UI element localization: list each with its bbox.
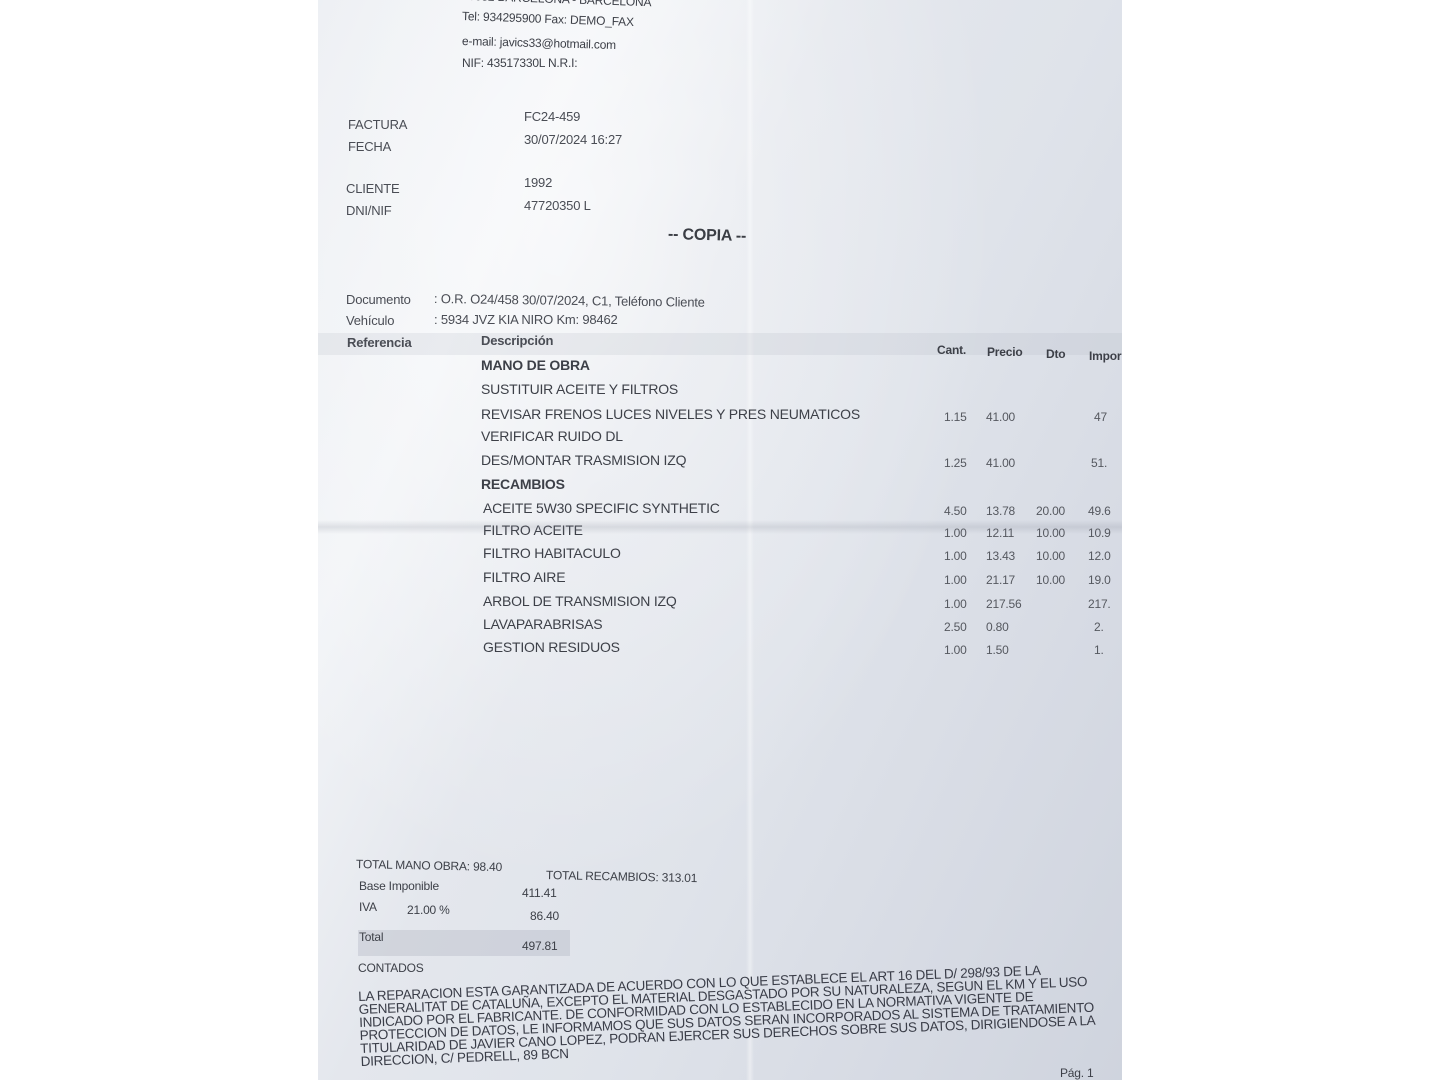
total-mano-obra: TOTAL MANO OBRA: 98.40 xyxy=(356,857,502,874)
issuer-phone-fax: Tel: 934295900 Fax: DEMO_FAX xyxy=(462,9,634,29)
item-dto: 20.00 xyxy=(1036,504,1065,518)
item-cant: 1.00 xyxy=(944,643,967,657)
item-description: FILTRO ACEITE xyxy=(483,522,583,538)
item-dto: 10.00 xyxy=(1036,573,1065,587)
section-title: MANO DE OBRA xyxy=(481,357,590,373)
item-cant: 1.00 xyxy=(944,526,967,540)
col-header-referencia: Referencia xyxy=(347,335,411,350)
item-importe: 2. xyxy=(1094,620,1104,634)
item-description: ARBOL DE TRANSMISION IZQ xyxy=(483,593,677,609)
item-dto: 10.00 xyxy=(1036,526,1065,540)
item-precio: 13.78 xyxy=(986,504,1015,518)
iva-value: 86.40 xyxy=(530,909,559,923)
item-precio: 41.00 xyxy=(986,456,1015,470)
item-cant: 1.00 xyxy=(944,573,967,587)
item-description: SUSTITUIR ACEITE Y FILTROS xyxy=(481,381,678,397)
payment-method: CONTADOS xyxy=(358,961,424,975)
col-header-descripcion: Descripción xyxy=(481,333,553,348)
item-importe: 49.6 xyxy=(1088,504,1111,518)
copy-mark: -- COPIA -- xyxy=(668,226,747,246)
item-precio: 217.56 xyxy=(986,597,1022,611)
paper-fold xyxy=(746,0,754,1080)
iva-label: IVA xyxy=(359,900,377,914)
issuer-city: 08032 BARCELONA - BARCELONA xyxy=(462,0,652,9)
dni-value: 47720350 L xyxy=(524,198,591,213)
cliente-value: 1992 xyxy=(524,175,552,190)
total-recambios: TOTAL RECAMBIOS: 313.01 xyxy=(546,868,698,885)
item-description: LAVAPARABRISAS xyxy=(483,616,602,632)
item-precio: 0.80 xyxy=(986,620,1009,634)
legal-notice: LA REPARACION ESTA GARANTIZADA DE ACUERD… xyxy=(358,960,1122,1068)
item-importe: 19.0 xyxy=(1088,573,1111,587)
total-label: Total xyxy=(359,930,383,944)
item-precio: 1.50 xyxy=(986,643,1009,657)
item-cant: 2.50 xyxy=(944,620,967,634)
col-header-precio: Precio xyxy=(987,345,1023,359)
item-cant: 1.00 xyxy=(944,597,967,611)
factura-number: FC24-459 xyxy=(524,109,580,124)
issuer-email: e-mail: javics33@hotmail.com xyxy=(462,34,616,52)
vehiculo-label: Vehículo xyxy=(346,313,394,328)
iva-rate: 21.00 % xyxy=(407,903,450,917)
factura-label: FACTURA xyxy=(348,117,407,132)
dni-label: DNI/NIF xyxy=(346,203,392,218)
item-importe: 51. xyxy=(1091,456,1107,470)
item-description: FILTRO HABITACULO xyxy=(483,545,621,561)
total-value: 497.81 xyxy=(522,939,558,953)
item-cant: 4.50 xyxy=(944,504,967,518)
item-precio: 12.11 xyxy=(986,526,1014,540)
item-importe: 47 xyxy=(1094,410,1107,424)
vehiculo-value: : 5934 JVZ KIA NIRO Km: 98462 xyxy=(434,312,618,327)
item-cant: 1.00 xyxy=(944,549,967,563)
item-precio: 41.00 xyxy=(986,410,1015,424)
item-cant: 1.15 xyxy=(944,410,967,424)
item-importe: 217. xyxy=(1088,597,1111,611)
item-description: REVISAR FRENOS LUCES NIVELES Y PRES NEUM… xyxy=(481,406,860,422)
item-importe: 12.0 xyxy=(1088,549,1111,563)
item-description: GESTION RESIDUOS xyxy=(483,639,620,655)
base-imponible-value: 411.41 xyxy=(522,886,557,900)
item-importe: 1. xyxy=(1094,643,1104,657)
item-description: DES/MONTAR TRASMISION IZQ xyxy=(481,452,686,468)
item-description: FILTRO AIRE xyxy=(483,569,565,585)
section-title: RECAMBIOS xyxy=(481,476,565,492)
invoice-photo: 08032 BARCELONA - BARCELONA Tel: 9342959… xyxy=(318,0,1122,1080)
cliente-label: CLIENTE xyxy=(346,181,400,196)
col-header-cant: Cant. xyxy=(937,343,966,357)
page-marker: Pág. 1 xyxy=(1060,1066,1094,1080)
item-precio: 13.43 xyxy=(986,549,1015,563)
base-imponible-label: Base Imponible xyxy=(359,879,439,893)
redacted-customer-info xyxy=(758,125,928,215)
fecha-label: FECHA xyxy=(348,139,391,154)
fecha-value: 30/07/2024 16:27 xyxy=(524,132,622,147)
col-header-importe: Impor xyxy=(1089,349,1121,363)
item-cant: 1.25 xyxy=(944,456,967,470)
col-header-dto: Dto xyxy=(1046,347,1065,361)
item-description: VERIFICAR RUIDO DL xyxy=(481,428,623,444)
item-dto: 10.00 xyxy=(1036,549,1065,563)
item-importe: 10.9 xyxy=(1088,526,1111,540)
item-description: ACEITE 5W30 SPECIFIC SYNTHETIC xyxy=(483,500,720,516)
item-precio: 21.17 xyxy=(986,573,1015,587)
documento-value: : O.R. O24/458 30/07/2024, C1, Teléfono … xyxy=(434,291,705,310)
documento-label: Documento xyxy=(346,292,411,307)
issuer-nif: NIF: 43517330L N.R.I: xyxy=(462,56,577,70)
